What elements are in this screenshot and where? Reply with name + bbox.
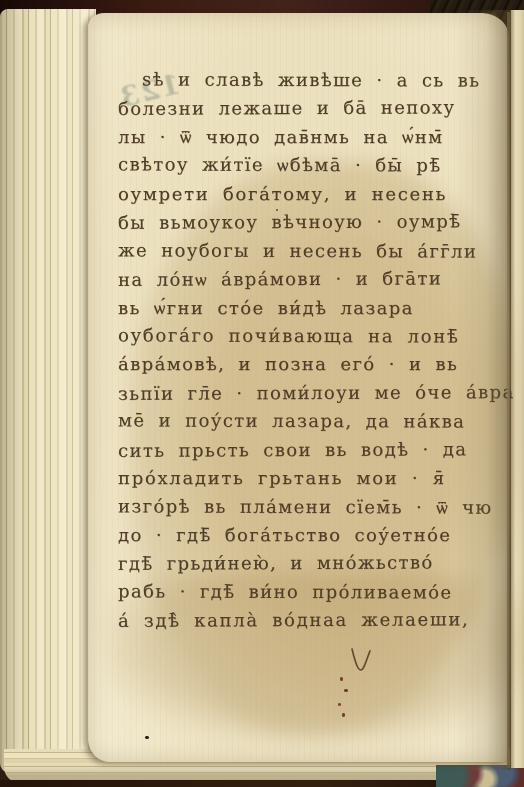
manuscript-line: а́вра́мовѣ, и позна его́ · и вь [118,351,500,379]
manuscript-line: на ло́нѡ а́вра́мови · и бга̄ти [118,265,500,295]
red-ink-speck [344,689,348,692]
manuscript-line: зьпїи гл̄е · поми́лоуи ме о́че а́вра [118,379,500,409]
manuscript-line: свѣтоу жи́тїе ѡбѣма̄ · бы̄ рѣ̄ [118,152,500,182]
manuscript-photo: 123 ѕѣ и славѣ живѣше · а сь вь болезни … [0,0,524,787]
manuscript-page: 123 ѕѣ и славѣ живѣше · а сь вь болезни … [88,13,509,762]
manuscript-line: вь ѡ́гни сто́е ви́дѣ лазара [118,295,500,323]
manuscript-line: ѕѣ и славѣ живѣше · а сь вь [118,66,500,96]
manuscript-line: до · гдѣ̄ бога́тьство соу́етно́е [118,522,500,550]
manuscript-line: про́хладить грьтань мои · я̄ [118,465,500,493]
manuscript-line: гдѣ̄ грьди́нею̀, и мно́жьство́ [118,550,500,580]
gutter-crease-line [507,12,510,768]
manuscript-line: лы · ѿ чюдо дав̄нмь на ѡ́нм̄ [118,124,500,152]
red-ink-speck [338,703,341,706]
manuscript-line: же ноубогы и несень бы а́гг̄ли [118,237,500,267]
manuscript-line: изго́рѣ вь пла́мени сїем̄ь · ѿ чю [118,493,500,523]
manuscript-line: бы вьмоукоу вѣчноую · оумрѣ̄ [118,208,500,238]
handwritten-text-block: ѕѣ и славѣ живѣше · а сь вь болезни лежа… [118,67,500,657]
red-ink-speck [342,713,345,717]
gutter-shadow [455,10,511,770]
ink-speck [276,209,278,211]
ink-speck [145,736,149,739]
manuscript-line: сить прьсть свои вь водѣ · да [118,436,500,466]
manuscript-line: болезни лежаше и ба̄ непоху [118,95,500,125]
manuscript-line: рабь · гдѣ̄ ви́но про́ливаемо́е [118,578,500,608]
manuscript-line: ме̄ и поу́сти лазара, да на́ква [118,408,500,438]
manuscript-line: а́ здѣ̀ капла̀ во́днаа желаеши, [118,606,500,636]
manuscript-line: оумрети бога́тому, и несень [118,181,500,209]
pen-flourish [350,647,372,675]
page-edges-left [0,9,96,773]
manuscript-line: оубога́го почи́вающа на лонѣ̄ [118,322,500,352]
red-ink-speck [340,677,343,681]
